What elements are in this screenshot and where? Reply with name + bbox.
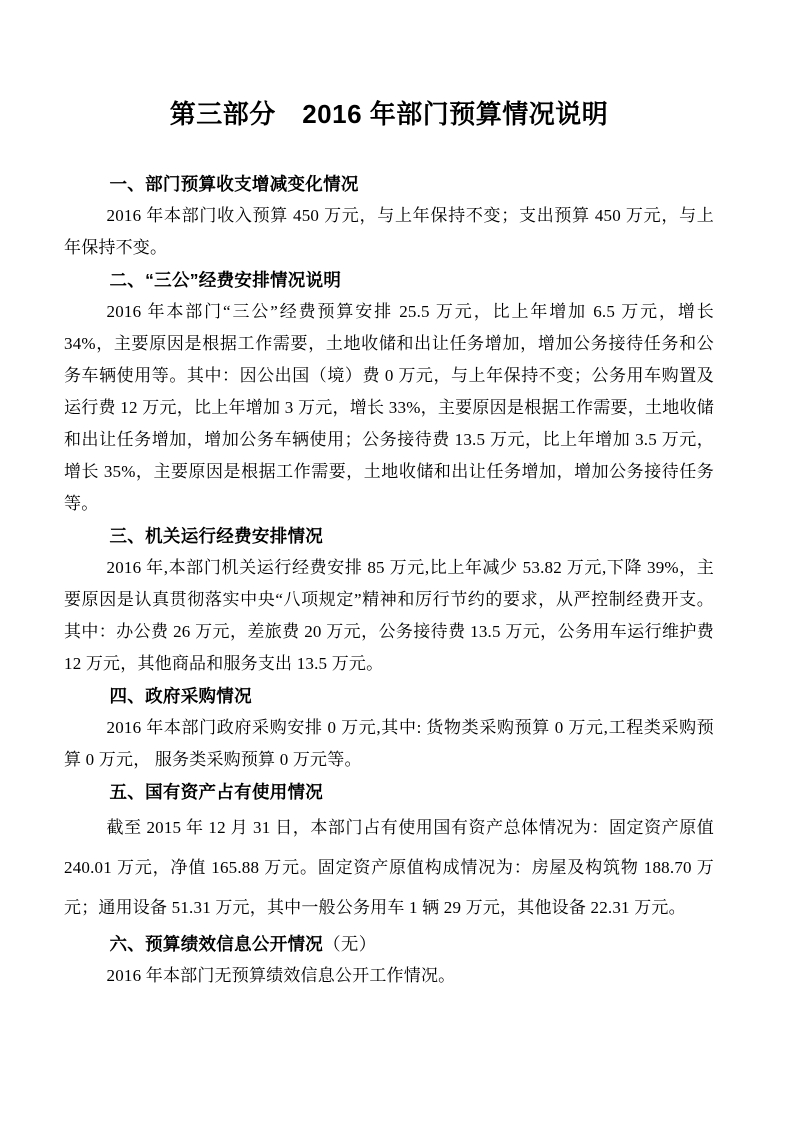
section-heading-suffix: （无） [323,934,376,954]
section-paragraph: 2016 年本部门政府采购安排 0 万元,其中: 货物类采购预算 0 万元,工程… [64,712,714,776]
section-state-assets: 五、国有资产占有使用情况 截至 2015 年 12 月 31 日，本部门占有使用… [64,776,714,928]
section-heading: 一、部门预算收支增减变化情况 [64,168,714,200]
section-budget-changes: 一、部门预算收支增减变化情况 2016 年本部门收入预算 450 万元，与上年保… [64,168,714,264]
section-paragraph: 截至 2015 年 12 月 31 日，本部门占有使用国有资产总体情况为：固定资… [64,808,714,928]
section-heading: 六、预算绩效信息公开情况（无） [64,928,714,960]
document-page: 第三部分 2016 年部门预算情况说明 一、部门预算收支增减变化情况 2016 … [0,0,793,1122]
section-heading: 五、国有资产占有使用情况 [64,776,714,808]
section-three-public-expenses: 二、“三公”经费安排情况说明 2016 年本部门“三公”经费预算安排 25.5 … [64,264,714,520]
section-paragraph: 2016 年,本部门机关运行经费安排 85 万元,比上年减少 53.82 万元,… [64,552,714,680]
section-heading-text: 六、预算绩效信息公开情况 [110,934,324,954]
section-paragraph: 2016 年本部门收入预算 450 万元，与上年保持不变；支出预算 450 万元… [64,200,714,264]
section-government-procurement: 四、政府采购情况 2016 年本部门政府采购安排 0 万元,其中: 货物类采购预… [64,680,714,776]
section-performance-disclosure: 六、预算绩效信息公开情况（无） 2016 年本部门无预算绩效信息公开工作情况。 [64,928,714,992]
document-title: 第三部分 2016 年部门预算情况说明 [64,96,714,132]
section-heading: 二、“三公”经费安排情况说明 [64,264,714,296]
section-heading: 四、政府采购情况 [64,680,714,712]
section-paragraph: 2016 年本部门“三公”经费预算安排 25.5 万元，比上年增加 6.5 万元… [64,296,714,520]
section-heading: 三、机关运行经费安排情况 [64,520,714,552]
section-operating-expenses: 三、机关运行经费安排情况 2016 年,本部门机关运行经费安排 85 万元,比上… [64,520,714,680]
section-paragraph: 2016 年本部门无预算绩效信息公开工作情况。 [64,960,714,992]
